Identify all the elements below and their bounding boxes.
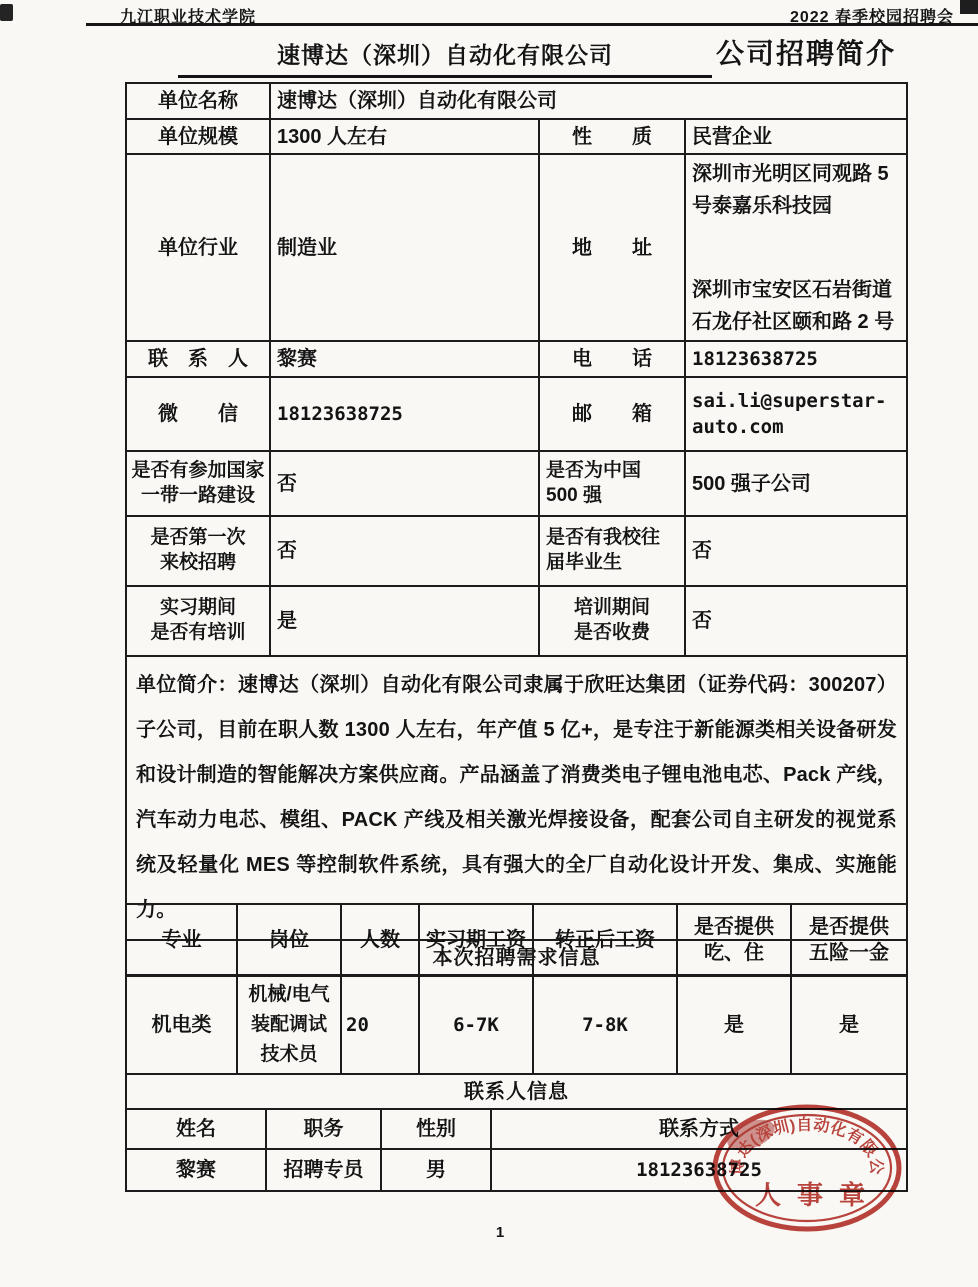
first-time-value: 否 bbox=[270, 516, 539, 586]
scale-value: 1300 人左右 bbox=[270, 119, 539, 154]
hr-stamp: 速博达(深圳)自动化有限公司 人事章 bbox=[705, 1096, 909, 1244]
email-value: sai.li@superstar-auto.com bbox=[685, 377, 907, 451]
position-value: 机械/电气装配调试技术员 bbox=[237, 976, 341, 1074]
col-intern-salary: 实习期工资 bbox=[419, 904, 533, 976]
scan-artifact-top-left bbox=[0, 4, 13, 21]
major-value: 机电类 bbox=[126, 976, 237, 1074]
wechat-value: 18123638725 bbox=[270, 377, 539, 451]
belt-road-value: 否 bbox=[270, 451, 539, 516]
contact-duty-value: 招聘专员 bbox=[266, 1149, 381, 1191]
intern-training-value: 是 bbox=[270, 586, 539, 656]
training-fee-label: 培训期间 是否收费 bbox=[539, 586, 685, 656]
china500-label: 是否为中国 500 强 bbox=[539, 451, 685, 516]
col-name: 姓名 bbox=[126, 1109, 266, 1149]
wechat-label: 微 信 bbox=[126, 377, 270, 451]
col-gender: 性别 bbox=[381, 1109, 491, 1149]
scale-label: 单位规模 bbox=[126, 119, 270, 154]
board-value: 是 bbox=[677, 976, 791, 1074]
industry-value: 制造业 bbox=[270, 154, 539, 341]
contact-gender-value: 男 bbox=[381, 1149, 491, 1191]
page-number: 1 bbox=[30, 1224, 970, 1241]
scan-artifact-top-right bbox=[960, 0, 978, 14]
address-value: 深圳市光明区同观路 5 号泰嘉乐科技园 深圳市宝安区石岩街道石龙仔社区颐和路 2… bbox=[685, 154, 907, 341]
col-major: 专业 bbox=[126, 904, 237, 976]
address-line-1: 深圳市光明区同观路 5 号泰嘉乐科技园 bbox=[692, 158, 900, 222]
nature-label: 性 质 bbox=[539, 119, 685, 154]
company-name-underlined: 速博达（深圳）自动化有限公司 bbox=[178, 37, 712, 78]
intern-training-label: 实习期间 是否有培训 bbox=[126, 586, 270, 656]
alumni-label: 是否有我校往 届毕业生 bbox=[539, 516, 685, 586]
col-insurance: 是否提供 五险一金 bbox=[791, 904, 907, 976]
unit-name-label: 单位名称 bbox=[126, 83, 270, 119]
address-line-2: 深圳市宝安区石岩街道石龙仔社区颐和路 2 号 bbox=[692, 274, 900, 338]
nature-value: 民营企业 bbox=[685, 119, 907, 154]
industry-label: 单位行业 bbox=[126, 154, 270, 341]
header-rule bbox=[86, 23, 978, 26]
col-regular-salary: 转正后工资 bbox=[533, 904, 677, 976]
phone-value: 18123638725 bbox=[685, 341, 907, 377]
company-info-table: 单位名称 速博达（深圳）自动化有限公司 单位规模 1300 人左右 性 质 民营… bbox=[125, 82, 908, 976]
headcount-value: 20 bbox=[341, 976, 419, 1074]
phone-label: 电 话 bbox=[539, 341, 685, 377]
contact-value: 黎赛 bbox=[270, 341, 539, 377]
company-profile: 单位简介：速博达（深圳）自动化有限公司隶属于欣旺达集团（证券代码：300207）… bbox=[126, 656, 907, 940]
col-position: 岗位 bbox=[237, 904, 341, 976]
regular-salary-value: 7-8K bbox=[533, 976, 677, 1074]
training-fee-value: 否 bbox=[685, 586, 907, 656]
col-duty: 职务 bbox=[266, 1109, 381, 1149]
first-time-label: 是否第一次 来校招聘 bbox=[126, 516, 270, 586]
col-board: 是否提供 吃、住 bbox=[677, 904, 791, 976]
intern-salary-value: 6-7K bbox=[419, 976, 533, 1074]
document-title: 速博达（深圳）自动化有限公司 公司招聘简介 bbox=[178, 32, 960, 78]
unit-name-value: 速博达（深圳）自动化有限公司 bbox=[270, 83, 907, 119]
address-label: 地 址 bbox=[539, 154, 685, 341]
insurance-value: 是 bbox=[791, 976, 907, 1074]
belt-road-label: 是否有参加国家 一带一路建设 bbox=[126, 451, 270, 516]
col-headcount: 人数 bbox=[341, 904, 419, 976]
stamp-center-text: 人事章 bbox=[755, 1180, 881, 1210]
contact-label: 联 系 人 bbox=[126, 341, 270, 377]
email-label: 邮 箱 bbox=[539, 377, 685, 451]
alumni-value: 否 bbox=[685, 516, 907, 586]
recruit-row: 机电类 机械/电气装配调试技术员 20 6-7K 7-8K 是 是 bbox=[126, 976, 907, 1074]
page-title: 公司招聘简介 bbox=[716, 32, 896, 72]
china500-value: 500 强子公司 bbox=[685, 451, 907, 516]
contact-name-value: 黎赛 bbox=[126, 1149, 266, 1191]
recruit-table: 专业 岗位 人数 实习期工资 转正后工资 是否提供 吃、住 是否提供 五险一金 … bbox=[125, 903, 908, 1075]
